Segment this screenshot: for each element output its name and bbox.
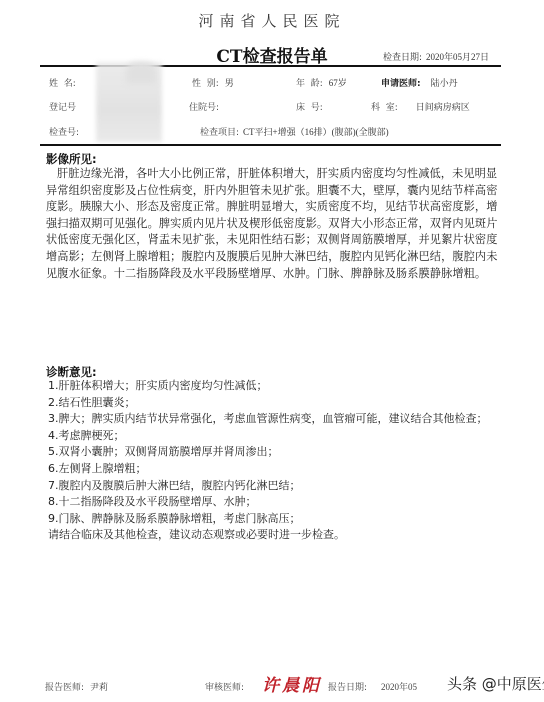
diagnosis-item: 6.左侧肾上腺增粗；: [48, 461, 508, 478]
department-label: 科 室:: [371, 103, 398, 113]
diagnosis-item: 5.双肾小囊肿；双侧肾周筋膜增厚并肾周渗出；: [48, 444, 508, 461]
exam-item-label: 检查项目:: [200, 128, 239, 138]
name-field: 姓 名:: [49, 76, 82, 89]
age-label: 年 龄:: [296, 79, 323, 89]
inpatient-no-field: 住院号:: [189, 100, 225, 113]
report-date-label: 报告日期:: [328, 683, 367, 693]
report-date-value: 2020年05: [381, 682, 417, 692]
exam-item-value: CT平扫+增强（16排）(腹部)(全腹部): [243, 127, 389, 137]
diagnosis-item: 7.腹腔内及腹膜后肿大淋巴结，腹腔内钙化淋巴结；: [48, 478, 508, 495]
findings-heading: 影像所见:: [46, 151, 97, 167]
department-value: 日间病房病区: [416, 102, 470, 112]
exam-date-label: 检查日期:: [383, 53, 422, 63]
department-field: 科 室:日间病房病区: [371, 100, 470, 113]
diagnosis-item: 2.结石性胆囊炎；: [48, 395, 508, 412]
age-field: 年 龄:67岁: [296, 76, 347, 89]
requesting-doctor-label: 申请医师:: [381, 79, 421, 89]
diagnosis-recommendation: 请结合临床及其他检查，建议动态观察或必要时进一步检查。: [48, 527, 508, 544]
diagnosis-item: 1.肝脏体积增大；肝实质内密度均匀性减低；: [48, 378, 508, 395]
name-label: 姓 名:: [49, 79, 76, 89]
exam-date: 检查日期:2020年05月27日: [383, 50, 489, 63]
privacy-mask-top: [126, 62, 156, 84]
report-date: 报告日期:2020年05: [328, 680, 417, 693]
findings-text: 肝脏边缘光滑，各叶大小比例正常，肝脏体积增大，肝实质内密度均匀性减低，未见明显异…: [46, 166, 502, 282]
hospital-name: 河南省人民医院: [0, 10, 544, 31]
registration-field: 登记号: [49, 100, 82, 113]
diagnosis-list: 1.肝脏体积增大；肝实质内密度均匀性减低； 2.结石性胆囊炎； 3.脾大；脾实质…: [48, 378, 508, 544]
registration-label: 登记号: [49, 103, 76, 113]
diagnosis-item: 8.十二指肠降段及水平段肠壁增厚、水肿；: [48, 494, 508, 511]
gender-label: 性 别:: [192, 79, 219, 89]
requesting-doctor-value: 陆小丹: [431, 78, 458, 88]
reporting-doctor: 报告医师:尹莉: [45, 680, 108, 693]
exam-no-field: 检查号:: [49, 125, 85, 138]
reporting-doctor-value: 尹莉: [90, 683, 108, 693]
reviewing-doctor-signature: 许晨阳: [262, 671, 322, 696]
diagnosis-item: 3.脾大；脾实质内结节状异常强化，考虑血管源性病变，血管瘤可能，建议结合其他检查…: [48, 411, 508, 428]
exam-no-label: 检查号:: [49, 128, 79, 138]
reporting-doctor-label: 报告医师:: [45, 683, 84, 693]
bed-label: 床 号:: [296, 103, 323, 113]
age-value: 67岁: [329, 78, 347, 88]
diagnosis-item: 4.考虑脾梗死；: [48, 428, 508, 445]
bed-field: 床 号:: [296, 100, 329, 113]
gender-value: 男: [225, 78, 234, 88]
reviewing-doctor-label: 审核医师:: [205, 680, 244, 693]
exam-item-field: 检查项目:CT平扫+增强（16排）(腹部)(全腹部): [200, 125, 389, 138]
inpatient-no-label: 住院号:: [189, 103, 219, 113]
diagnosis-item: 9.门脉、脾静脉及肠系膜静脉增粗，考虑门脉高压；: [48, 511, 508, 528]
info-divider: [40, 144, 501, 146]
requesting-doctor-field: 申请医师:陆小丹: [381, 76, 458, 89]
watermark: 头条 @中原医生: [447, 673, 544, 694]
exam-date-value: 2020年05月27日: [426, 52, 489, 62]
gender-field: 性 别:男: [192, 76, 234, 89]
